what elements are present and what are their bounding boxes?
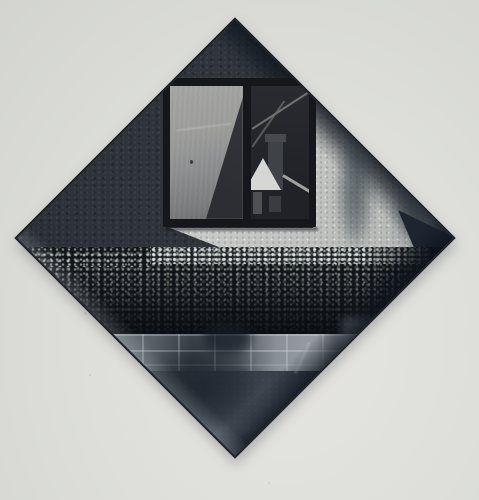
reflected-wire [252,92,308,129]
photo-print-diamond [14,17,455,458]
curtain-spot [190,160,193,164]
reflected-window [253,192,262,214]
right-shadow [330,354,452,454]
curtain-crease [176,123,232,132]
reflected-house [251,190,309,219]
photo-scene [14,17,455,458]
window-frame [163,78,316,227]
chimney-shadow [336,128,374,252]
reflection-pane [251,86,309,219]
art-mat [0,0,479,500]
reflected-gable [251,158,281,190]
window-underline-shadow [166,227,318,231]
reflected-window [269,196,281,212]
reflected-chimney-cap [265,134,286,142]
curtain-fold-shadow [170,86,243,219]
photo-print-wrapper [0,0,479,500]
curtain-pane [170,86,243,219]
window-mullion [243,86,251,219]
